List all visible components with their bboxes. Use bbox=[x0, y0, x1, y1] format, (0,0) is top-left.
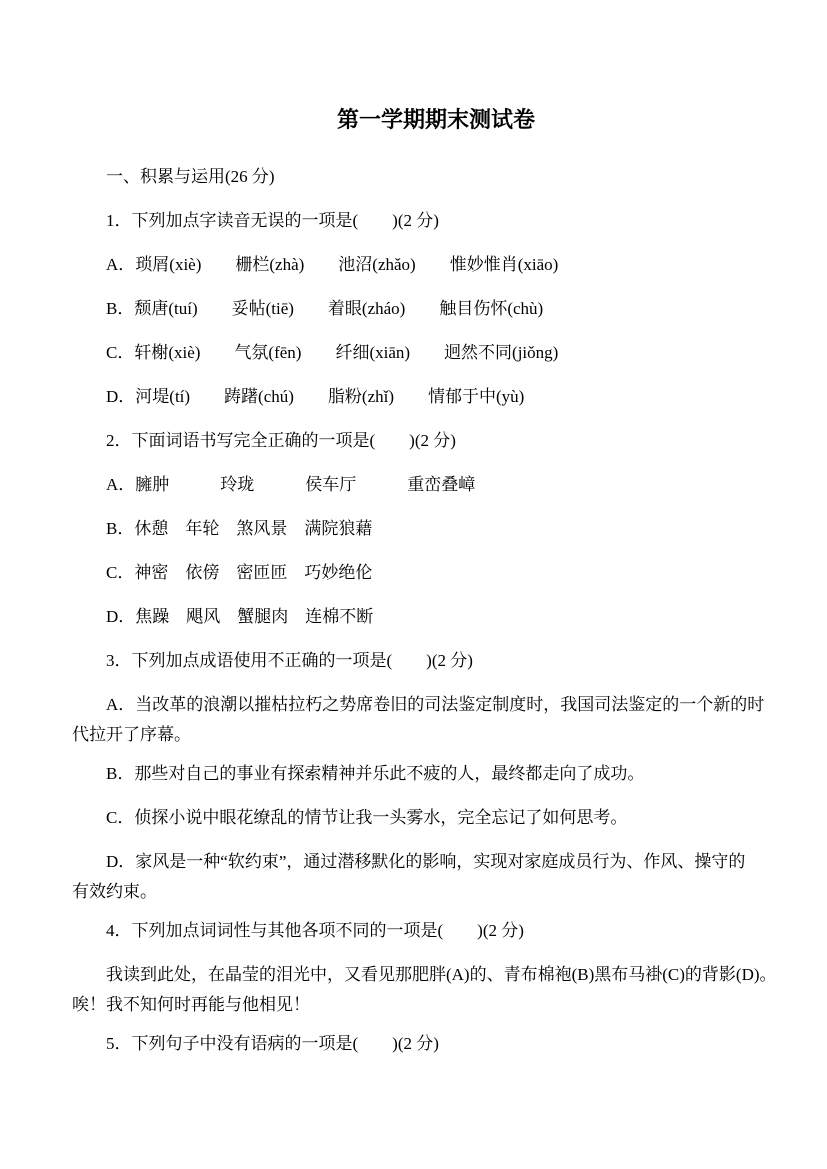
question-3: 3．下列加点成语使用不正确的一项是( )(2 分) A．当改革的浪潮以摧枯拉朽之… bbox=[72, 646, 756, 907]
q2-option-d: D．焦躁 飓风 蟹腿肉 连棉不断 bbox=[72, 602, 756, 632]
exam-paper-page: 第一学期期末测试卷 一、积累与运用(26 分) 1．下列加点字读音无误的一项是(… bbox=[0, 0, 827, 1169]
q3-option-d-line1: D．家风是一种“软约束”，通过潜移默化的影响，实现对家庭成员行为、作风、操守的 bbox=[72, 847, 756, 877]
question-2: 2．下面词语书写完全正确的一项是( )(2 分) A．臃肿 玲珑 侯车厅 重峦叠… bbox=[72, 426, 756, 632]
q1-option-a: A．琐屑(xiè) 栅栏(zhà) 池沼(zhǎo) 惟妙惟肖(xiāo) bbox=[72, 250, 756, 280]
q3-option-a-line2: 代拉开了序幕。 bbox=[72, 720, 756, 750]
q3-stem: 3．下列加点成语使用不正确的一项是( )(2 分) bbox=[72, 646, 756, 676]
q1-stem: 1．下列加点字读音无误的一项是( )(2 分) bbox=[72, 206, 756, 236]
exam-title: 第一学期期末测试卷 bbox=[72, 105, 756, 135]
question-5: 5．下列句子中没有语病的一项是( )(2 分) bbox=[72, 1029, 756, 1059]
q2-option-b: B．休憩 年轮 煞风景 满院狼藉 bbox=[72, 514, 756, 544]
q1-option-c: C．轩榭(xiè) 气氛(fēn) 纤细(xiān) 迥然不同(jiǒng) bbox=[72, 338, 756, 368]
q3-option-a-line1: A．当改革的浪潮以摧枯拉朽之势席卷旧的司法鉴定制度时，我国司法鉴定的一个新的时 bbox=[72, 690, 756, 720]
q1-option-d: D．河堤(tí) 踌躇(chú) 脂粉(zhǐ) 情郁于中(yù) bbox=[72, 382, 756, 412]
q3-option-d-line2: 有效约束。 bbox=[72, 877, 756, 907]
q3-option-c: C．侦探小说中眼花缭乱的情节让我一头雾水，完全忘记了如何思考。 bbox=[72, 803, 756, 833]
q4-stem: 4．下列加点词词性与其他各项不同的一项是( )(2 分) bbox=[72, 916, 756, 946]
q2-stem: 2．下面词语书写完全正确的一项是( )(2 分) bbox=[72, 426, 756, 456]
q5-stem: 5．下列句子中没有语病的一项是( )(2 分) bbox=[72, 1029, 756, 1059]
exam-content: 第一学期期末测试卷 一、积累与运用(26 分) 1．下列加点字读音无误的一项是(… bbox=[72, 105, 756, 1073]
question-4: 4．下列加点词词性与其他各项不同的一项是( )(2 分) 我读到此处，在晶莹的泪… bbox=[72, 916, 756, 1020]
question-1: 1．下列加点字读音无误的一项是( )(2 分) A．琐屑(xiè) 栅栏(zhà… bbox=[72, 206, 756, 412]
q4-passage-line1: 我读到此处，在晶莹的泪光中，又看见那肥胖(A)的、青布棉袍(B)黑布马褂(C)的… bbox=[72, 960, 756, 990]
section-heading: 一、积累与运用(26 分) bbox=[72, 162, 756, 192]
q2-option-c: C．神密 依傍 密匝匝 巧妙绝伦 bbox=[72, 558, 756, 588]
q1-option-b: B．颓唐(tuí) 妥帖(tiē) 着眼(zháo) 触目伤怀(chù) bbox=[72, 294, 756, 324]
q4-passage-line2: 唉！我不知何时再能与他相见！ bbox=[72, 990, 756, 1020]
q3-option-b: B．那些对自己的事业有探索精神并乐此不疲的人，最终都走向了成功。 bbox=[72, 759, 756, 789]
q2-option-a: A．臃肿 玲珑 侯车厅 重峦叠嶂 bbox=[72, 470, 756, 500]
